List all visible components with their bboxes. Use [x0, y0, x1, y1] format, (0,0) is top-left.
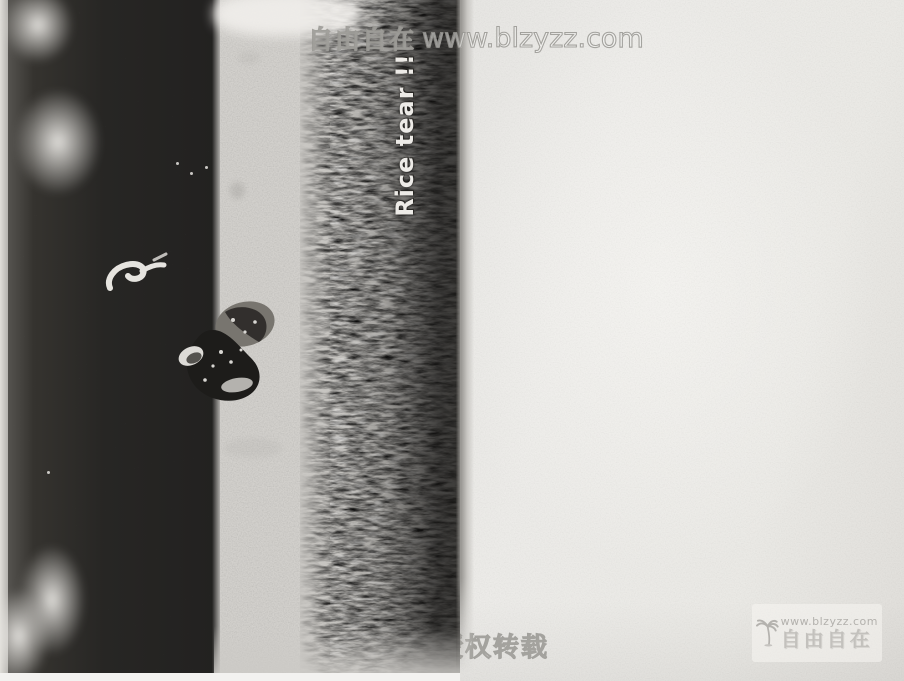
watermark-site-url: www.blzyzz.com — [422, 23, 644, 54]
photo-caption-text: Rice tear !! — [391, 53, 419, 217]
bird-shape — [98, 244, 170, 304]
ink-smudge — [238, 52, 260, 64]
person-figure — [175, 292, 283, 410]
photo-page: Rice tear !! — [0, 0, 460, 675]
watermark-brand-text: 自由自在 — [308, 20, 416, 56]
site-logo: www.blzyzz.com 自由自在 — [752, 604, 882, 662]
photo-bottom-margin — [0, 673, 460, 681]
paper-grain — [458, 0, 904, 681]
palm-tree-icon — [756, 607, 779, 659]
logo-brand-text: 自由自在 — [781, 628, 878, 650]
scanned-spread: 授权转载 www.blzyzz.com 自由自在 — [0, 0, 904, 681]
page-gutter — [456, 0, 474, 672]
ink-smudge — [224, 438, 282, 458]
photo-bottom-fade — [214, 626, 460, 675]
ink-smudge — [230, 182, 245, 199]
watermark-top: 自由自在 www.blzyzz.com — [308, 20, 644, 56]
photo-caption-rotated: Rice tear !! — [378, 44, 432, 226]
